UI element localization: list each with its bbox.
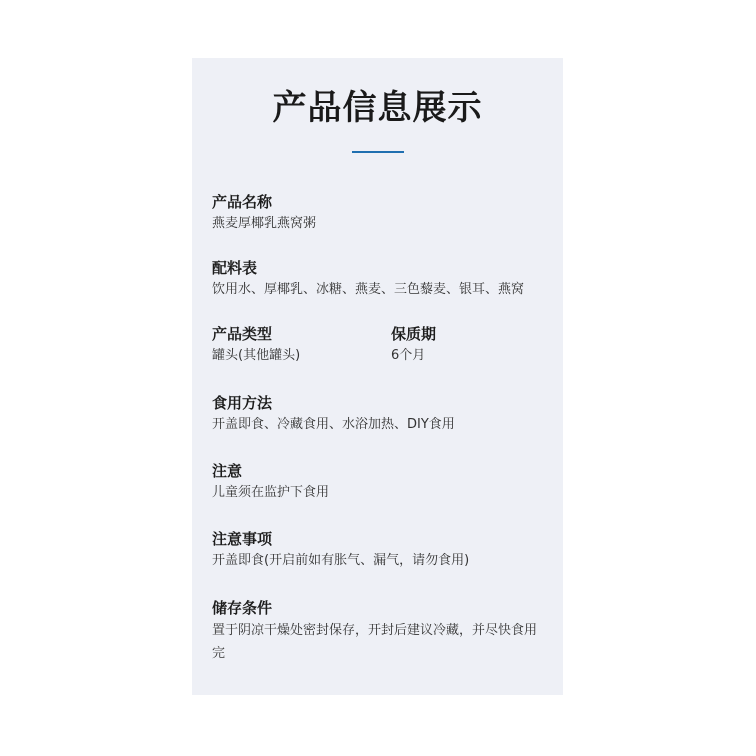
section-shelf-life: 保质期 6个月 [391,324,436,367]
section-usage: 食用方法 开盖即食、冷藏食用、水浴加热、DIY食用 [212,393,455,436]
storage-value: 置于阴凉干燥处密封保存，开封后建议冷藏，并尽快食用完 [212,619,547,665]
product-type-label: 产品类型 [212,324,300,344]
caution-value: 儿童须在监护下食用 [212,482,329,504]
shelf-life-value: 6个月 [391,345,436,367]
section-caution: 注意 儿童须在监护下食用 [212,461,329,504]
product-name-value: 燕麦厚椰乳燕窝粥 [212,213,316,235]
ingredients-label: 配料表 [212,258,524,278]
usage-label: 食用方法 [212,393,455,413]
product-name-label: 产品名称 [212,192,316,212]
title-divider [352,151,404,153]
section-product-name: 产品名称 燕麦厚椰乳燕窝粥 [212,192,316,235]
caution-label: 注意 [212,461,329,481]
section-storage: 储存条件 置于阴凉干燥处密封保存，开封后建议冷藏，并尽快食用完 [212,598,547,665]
shelf-life-label: 保质期 [391,324,436,344]
ingredients-value: 饮用水、厚椰乳、冰糖、燕麦、三色藜麦、银耳、燕窝 [212,279,524,301]
product-info-card: 产品信息展示 产品名称 燕麦厚椰乳燕窝粥 配料表 饮用水、厚椰乳、冰糖、燕麦、三… [192,58,563,695]
section-precautions: 注意事项 开盖即食(开启前如有胀气、漏气，请勿食用) [212,529,469,572]
usage-value: 开盖即食、冷藏食用、水浴加热、DIY食用 [212,414,455,436]
section-ingredients: 配料表 饮用水、厚椰乳、冰糖、燕麦、三色藜麦、银耳、燕窝 [212,258,524,301]
section-product-type: 产品类型 罐头(其他罐头) [212,324,300,367]
precautions-label: 注意事项 [212,529,469,549]
page-title: 产品信息展示 [192,88,563,128]
precautions-value: 开盖即食(开启前如有胀气、漏气，请勿食用) [212,550,469,572]
product-type-value: 罐头(其他罐头) [212,345,300,367]
storage-label: 储存条件 [212,598,547,618]
